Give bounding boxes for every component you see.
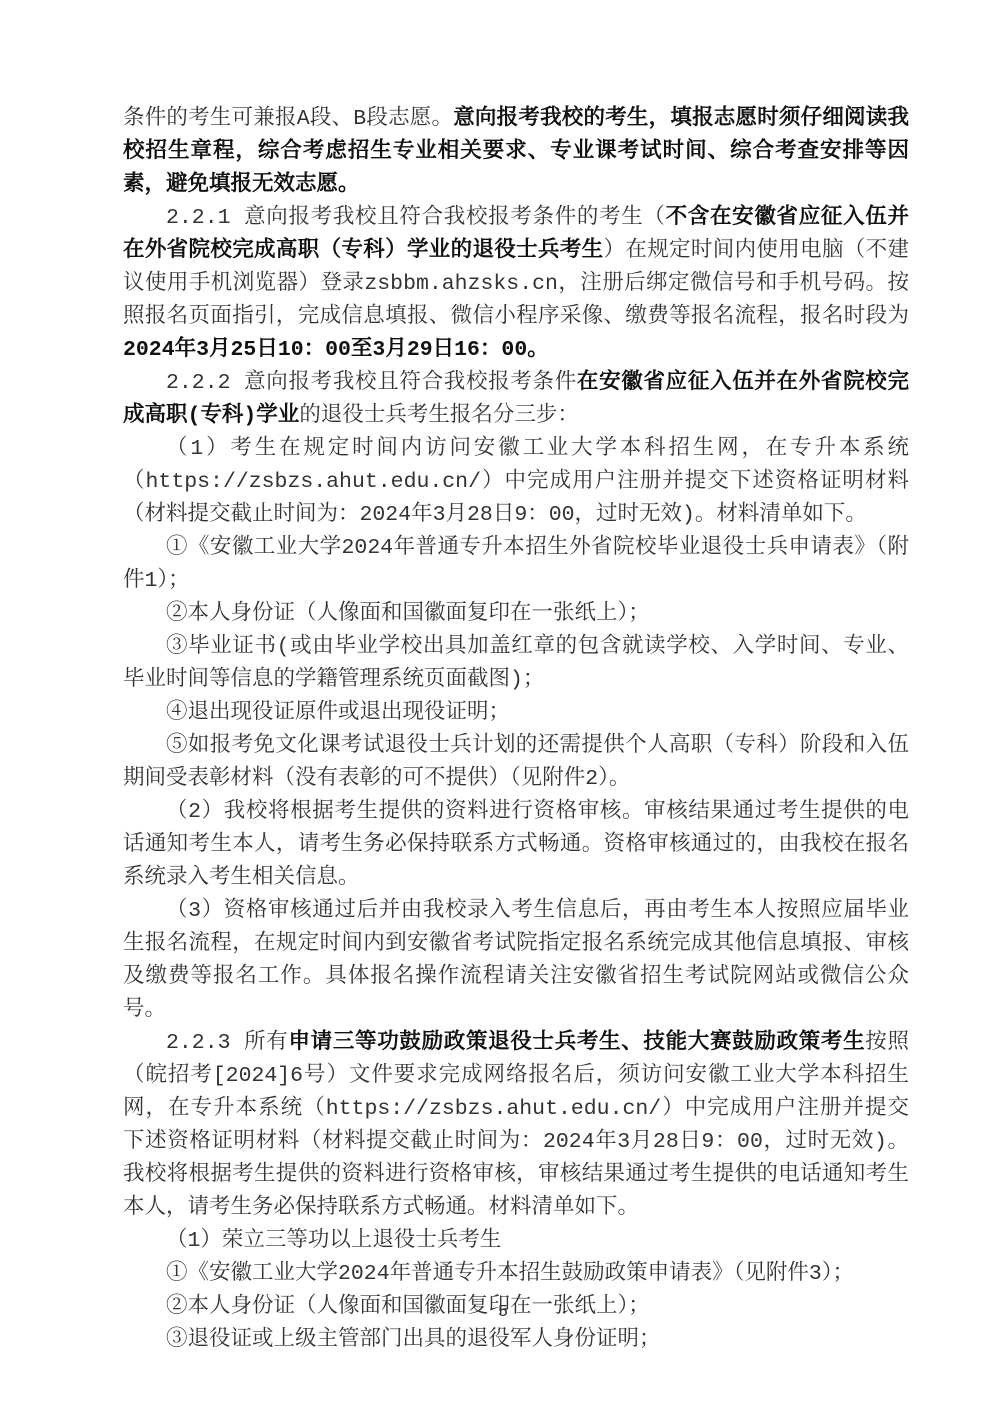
text-run: （3）资格审核通过后并由我校录入考生信息后，再由考生本人按照应届毕业生报名流程，… xyxy=(123,899,909,1022)
para-item-1: ①《安徽工业大学2024年普通专升本招生外省院校毕业退役士兵申请表》（附件1）； xyxy=(123,532,909,598)
text-run: ④退出现役证原件或退出现役证明； xyxy=(166,701,510,725)
text-run: 条件的考生可兼报A段、B段志愿。 xyxy=(123,107,453,131)
para-intro-continuation: 条件的考生可兼报A段、B段志愿。意向报考我校的考生，填报志愿时须仔细阅读我校招生… xyxy=(123,103,909,202)
text-run: （1）荣立三等功以上退役士兵考生 xyxy=(166,1229,501,1253)
text-run: 的退役士兵考生报名分三步： xyxy=(299,404,579,428)
page-number: 5 xyxy=(0,1301,1006,1325)
text-run-bold: 申请三等功鼓励政策退役士兵考生、技能大赛鼓励政策考生 xyxy=(288,1031,865,1055)
text-run: ③毕业证书(或由毕业学校出具加盖红章的包含就读学校、入学时间、专业、毕业时间等信… xyxy=(123,635,909,692)
text-run: 2.2.2 意向报考我校且符合我校报考条件 xyxy=(166,371,577,395)
para-step-1: （1）考生在规定时间内访问安徽工业大学本科招生网，在专升本系统（https://… xyxy=(123,433,909,532)
text-run: （1）考生在规定时间内访问安徽工业大学本科招生网，在专升本系统（https://… xyxy=(123,437,909,527)
para-2-2-2: 2.2.2 意向报考我校且符合我校报考条件在安徽省应征入伍并在外省院校完成高职(… xyxy=(123,367,909,433)
text-run: 2.2.1 意向报考我校且符合我校报考条件的考生（ xyxy=(166,206,666,230)
para-step-3: （3）资格审核通过后并由我校录入考生信息后，再由考生本人按照应届毕业生报名流程，… xyxy=(123,895,909,1027)
text-run: ⑤如报考免文化课考试退役士兵计划的还需提供个人高职（专科）阶段和入伍期间受表彰材… xyxy=(123,734,909,791)
text-run: ②本人身份证（人像面和国徽面复印在一张纸上）； xyxy=(166,602,650,626)
text-run: ①《安徽工业大学2024年普通专升本招生鼓励政策申请表》（见附件3）； xyxy=(166,1262,854,1286)
para-item-5: ⑤如报考免文化课考试退役士兵计划的还需提供个人高职（专科）阶段和入伍期间受表彰材… xyxy=(123,730,909,796)
text-run: 2.2.3 所有 xyxy=(166,1031,288,1055)
text-run: 按照（皖招考[2024]6号）文件要求完成网络报名后，须访问安徽工业大学本科招生… xyxy=(123,1031,909,1220)
para-item-2: ②本人身份证（人像面和国徽面复印在一张纸上）； xyxy=(123,598,909,631)
para-reward-item-3: ③退役证或上级主管部门出具的退役军人身份证明； xyxy=(123,1324,909,1357)
text-run: ①《安徽工业大学2024年普通专升本招生外省院校毕业退役士兵申请表》（附件1）； xyxy=(123,536,909,593)
document-page: 条件的考生可兼报A段、B段志愿。意向报考我校的考生，填报志愿时须仔细阅读我校招生… xyxy=(0,0,1006,1420)
document-body: 条件的考生可兼报A段、B段志愿。意向报考我校的考生，填报志愿时须仔细阅读我校招生… xyxy=(123,103,909,1357)
text-run-bold: 2024年3月25日10：00至3月29日16：00。 xyxy=(123,338,549,362)
para-item-4: ④退出现役证原件或退出现役证明； xyxy=(123,697,909,730)
text-run: ③退役证或上级主管部门出具的退役军人身份证明； xyxy=(166,1328,661,1352)
para-2-2-3: 2.2.3 所有申请三等功鼓励政策退役士兵考生、技能大赛鼓励政策考生按照（皖招考… xyxy=(123,1027,909,1225)
para-step-2: （2）我校将根据考生提供的资料进行资格审核。审核结果通过考生提供的电话通知考生本… xyxy=(123,796,909,895)
para-2-2-1: 2.2.1 意向报考我校且符合我校报考条件的考生（不含在安徽省应征入伍并在外省院… xyxy=(123,202,909,367)
para-item-3: ③毕业证书(或由毕业学校出具加盖红章的包含就读学校、入学时间、专业、毕业时间等信… xyxy=(123,631,909,697)
para-reward-item-1: ①《安徽工业大学2024年普通专升本招生鼓励政策申请表》（见附件3）； xyxy=(123,1258,909,1291)
text-run: （2）我校将根据考生提供的资料进行资格审核。审核结果通过考生提供的电话通知考生本… xyxy=(123,800,909,890)
para-reward-group-1: （1）荣立三等功以上退役士兵考生 xyxy=(123,1225,909,1258)
